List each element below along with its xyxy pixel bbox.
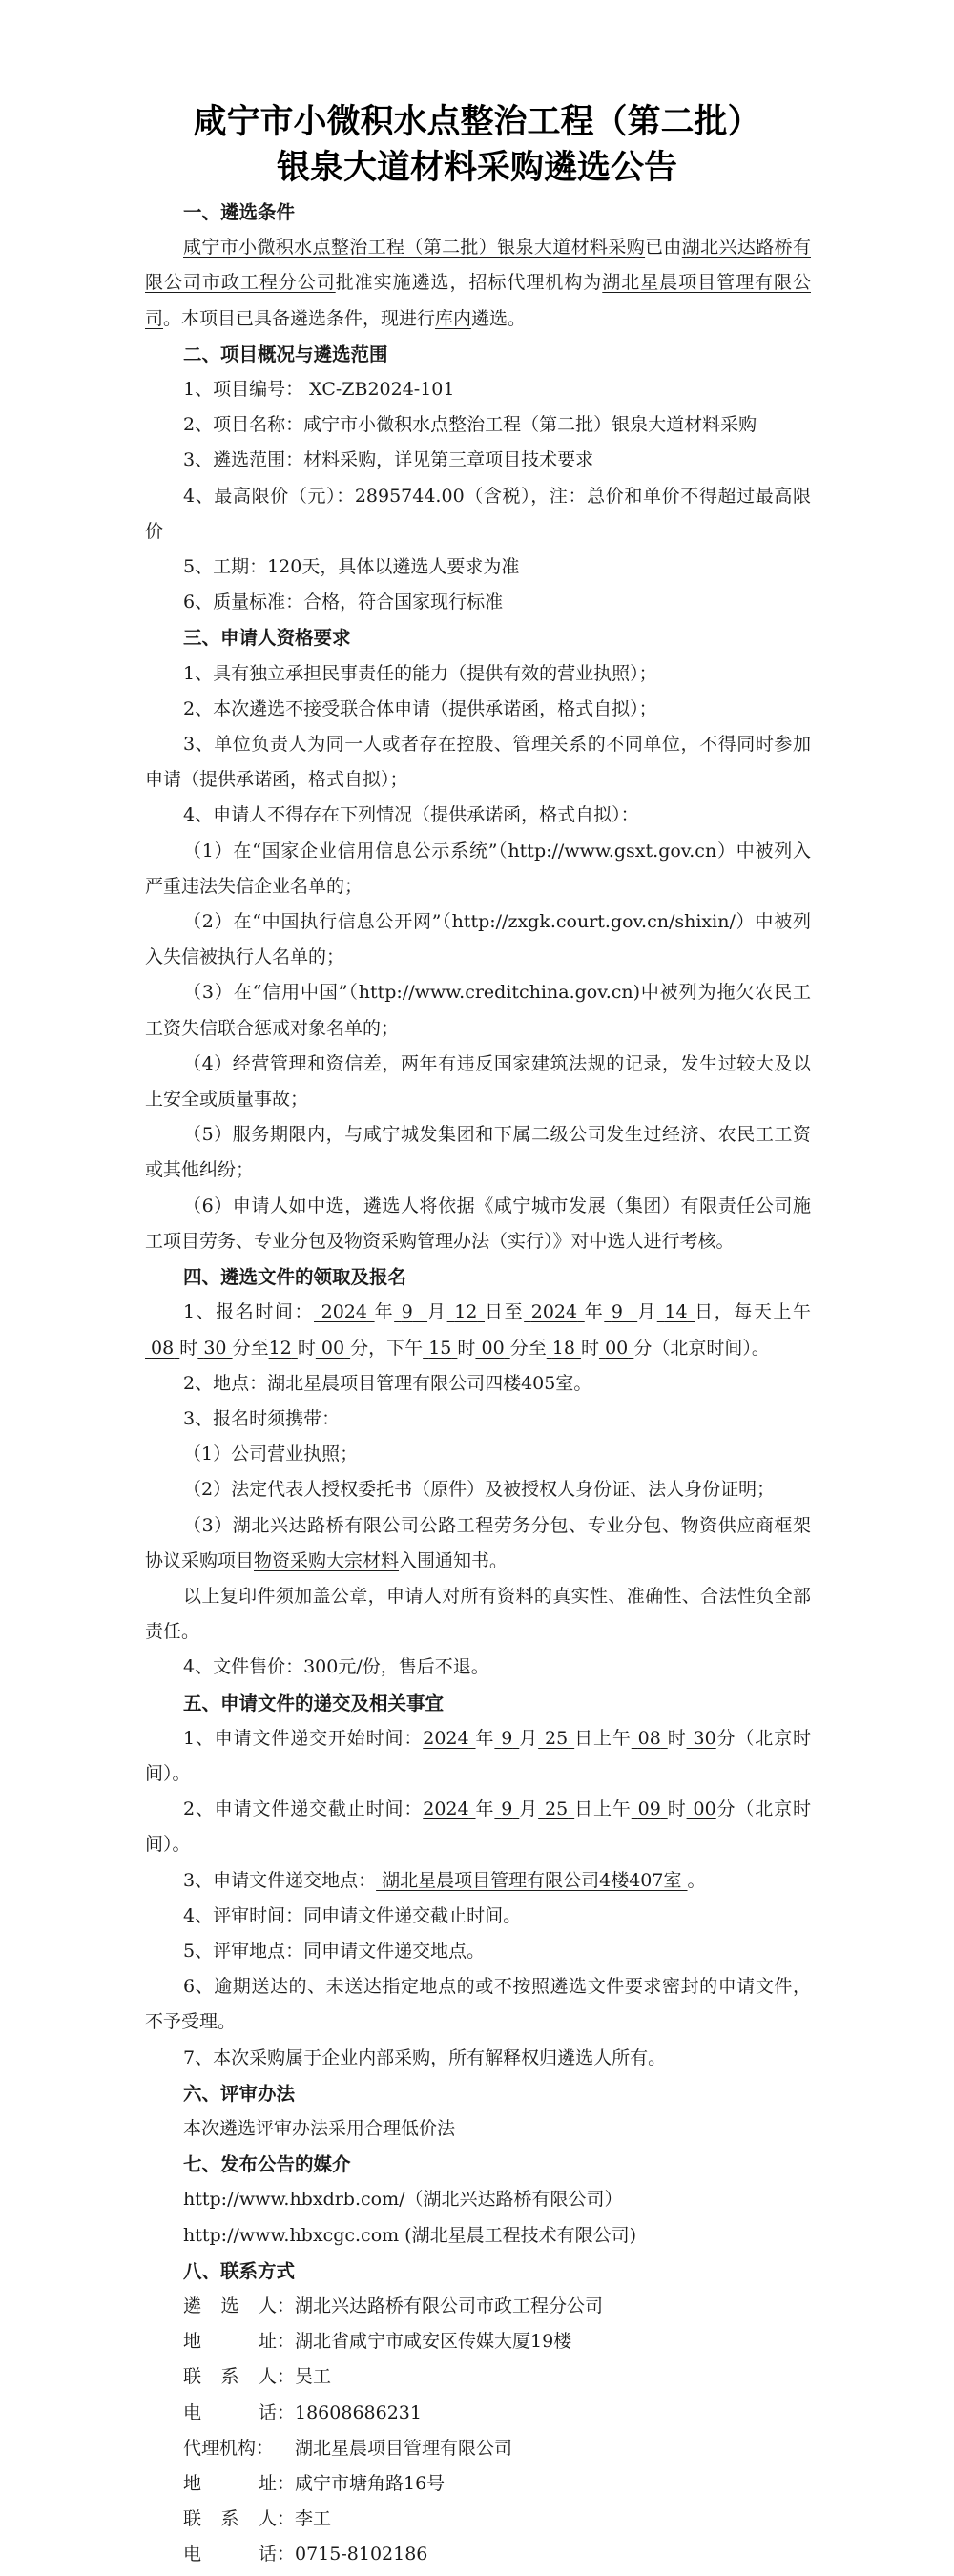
section-heading-8: 八、联系方式 bbox=[145, 2254, 811, 2289]
blank-value: 25 bbox=[538, 1798, 574, 1819]
qualification-item: 1、具有独立承担民事责任的能力（提供有效的营业执照）； bbox=[145, 656, 811, 692]
project-item: 6、质量标准：合格，符合国家现行标准 bbox=[145, 585, 811, 620]
value: 25 bbox=[545, 1798, 568, 1819]
text-fragment: 时 bbox=[668, 1798, 687, 1819]
text-fragment: 分至 bbox=[233, 1338, 269, 1359]
text-fragment: 月 bbox=[637, 1301, 657, 1322]
text-fragment: 分至 bbox=[510, 1338, 547, 1359]
blank-value: 18 bbox=[547, 1338, 581, 1359]
qualification-item: 4、申请人不得存在下列情况（提供承诺函，格式自拟）： bbox=[145, 798, 811, 833]
section-heading-7: 七、发布公告的媒介 bbox=[145, 2147, 811, 2182]
contact-label-part: 人： bbox=[259, 2289, 295, 2324]
value: 12 bbox=[269, 1338, 292, 1359]
contact-label: 地址： bbox=[183, 2324, 295, 2359]
text-fragment: 已由 bbox=[645, 237, 682, 258]
blank-value: 2024 bbox=[423, 1798, 475, 1819]
text-fragment: 日至 bbox=[485, 1301, 524, 1322]
contact-label: 电话： bbox=[183, 2537, 295, 2572]
contact-label-part: 联 bbox=[183, 2359, 201, 2395]
label: 1、报名时间： bbox=[183, 1301, 314, 1322]
section-heading-4: 四、遴选文件的领取及报名 bbox=[145, 1259, 811, 1295]
contact-row: 电话：18608686231 bbox=[145, 2396, 811, 2431]
contact-label-part: 电 bbox=[183, 2537, 201, 2572]
value: 15 bbox=[428, 1338, 451, 1359]
qualification-item: （2）在“中国执行信息公开网”（http://zxgk.court.gov.cn… bbox=[145, 904, 811, 975]
media-link[interactable]: http://www.hbxcgc.com (湖北星晨工程技术有限公司) bbox=[145, 2218, 811, 2254]
blank-value: 15 bbox=[423, 1338, 457, 1359]
media-link[interactable]: http://www.hbxdrb.com/（湖北兴达路桥有限公司） bbox=[145, 2182, 811, 2217]
text-fragment: 日上午 bbox=[574, 1728, 632, 1749]
contact-label-part: 人： bbox=[259, 2359, 295, 2395]
blank-value: 08 bbox=[632, 1728, 668, 1749]
evaluation-method: 本次遴选评审办法采用合理低价法 bbox=[145, 2111, 811, 2147]
text-fragment: 年 bbox=[375, 1301, 395, 1322]
qualification-item: 3、单位负责人为同一人或者存在控股、管理关系的不同单位，不得同时参加申请（提供承… bbox=[145, 727, 811, 798]
text-fragment: 。 bbox=[688, 1870, 706, 1891]
label: 3、申请文件递交地点： bbox=[183, 1870, 376, 1891]
value: 2024 bbox=[423, 1728, 468, 1749]
blank-value: 2024 bbox=[423, 1728, 475, 1749]
contact-row: 联系人：吴工 bbox=[145, 2359, 811, 2395]
contact-label-part: 联 bbox=[183, 2502, 201, 2537]
text-fragment: （北京时间）。 bbox=[652, 1338, 770, 1359]
qualification-item: （5）服务期限内，与咸宁城发集团和下属二级公司发生过经济、农民工工资或其他纠纷； bbox=[145, 1117, 811, 1188]
project-item: 1、项目编号： XC-ZB2024-101 bbox=[145, 372, 811, 407]
section-heading-1: 一、遴选条件 bbox=[145, 195, 811, 230]
value: 00 bbox=[693, 1798, 715, 1819]
bring-label: 3、报名时须携带： bbox=[145, 1402, 811, 1437]
blank-value: 2024 bbox=[314, 1301, 375, 1322]
contact-label-part: 遴 bbox=[183, 2289, 201, 2324]
contact-row: 代理机构：湖北星晨项目管理有限公司 bbox=[145, 2431, 811, 2466]
bring-item: （1）公司营业执照； bbox=[145, 1437, 811, 1472]
contact-value: 湖北星晨项目管理有限公司 bbox=[295, 2431, 512, 2466]
text-fragment: 年 bbox=[476, 1728, 495, 1749]
qualification-item: （4）经营管理和资信差，两年有违反国家建筑法规的记录，发生过较大及以上安全或质量… bbox=[145, 1047, 811, 1117]
blank-value: 9 bbox=[604, 1301, 637, 1322]
label: 2、申请文件递交截止时间： bbox=[183, 1798, 423, 1819]
contact-label-part: 电 bbox=[183, 2396, 201, 2431]
value: 9 bbox=[612, 1301, 623, 1322]
blank-value: 00 bbox=[475, 1338, 509, 1359]
text-fragment: 月 bbox=[519, 1728, 538, 1749]
text-fragment: 批准实施遴选，招标代理机构为 bbox=[336, 272, 603, 293]
contact-value: 18608686231 bbox=[295, 2396, 422, 2431]
contact-row: 地址：咸宁市塘角路16号 bbox=[145, 2466, 811, 2502]
contact-label: 代理机构： bbox=[183, 2431, 295, 2466]
value: 14 bbox=[664, 1301, 687, 1322]
contact-row: 遴选人：湖北兴达路桥有限公司市政工程分公司 bbox=[145, 2289, 811, 2324]
blank-value: 12 bbox=[269, 1338, 298, 1359]
blank-value: 9 bbox=[394, 1301, 427, 1322]
scope-underlined: 库内 bbox=[435, 308, 471, 329]
qualification-item: （1）在“国家企业信用信息公示系统”（http://www.gsxt.gov.c… bbox=[145, 834, 811, 904]
section-heading-6: 六、评审办法 bbox=[145, 2076, 811, 2111]
value: 25 bbox=[545, 1728, 568, 1749]
bring-item: （3）湖北兴达路桥有限公司公路工程劳务分包、专业分包、物资供应商框架协议采购项目… bbox=[145, 1508, 811, 1579]
text-fragment: 入围通知书。 bbox=[399, 1550, 508, 1571]
contact-row: 电话：0715-8102186 bbox=[145, 2537, 811, 2572]
contact-label-part: 址： bbox=[259, 2466, 295, 2502]
contact-value: 湖北兴达路桥有限公司市政工程分公司 bbox=[295, 2289, 603, 2324]
submission-item: 7、本次采购属于企业内部采购，所有解释权归遴选人所有。 bbox=[145, 2041, 811, 2076]
value: 00 bbox=[321, 1338, 344, 1359]
blank-value: 14 bbox=[657, 1301, 695, 1322]
document-price: 4、文件售价：300元/份，售后不退。 bbox=[145, 1650, 811, 1685]
project-item: 5、工期：120天，具体以遴选人要求为准 bbox=[145, 550, 811, 585]
label: 1、申请文件递交开始时间： bbox=[183, 1728, 423, 1749]
text-fragment: 月 bbox=[427, 1301, 447, 1322]
contact-label-part: 地 bbox=[183, 2466, 201, 2502]
submission-place-underlined: 湖北星晨项目管理有限公司4楼407室 bbox=[376, 1870, 687, 1891]
submission-item: 6、逾期送达的、未送达指定地点的或不按照遴选文件要求密封的申请文件，不予受理。 bbox=[145, 1969, 811, 2040]
text-fragment: 分，下午 bbox=[350, 1338, 423, 1359]
value: 00 bbox=[605, 1338, 628, 1359]
contact-label: 联系人： bbox=[183, 2359, 295, 2395]
contact-value: 湖北省咸宁市咸安区传媒大厦19楼 bbox=[295, 2324, 571, 2359]
blank-value: 08 bbox=[145, 1338, 179, 1359]
text-fragment: 分 bbox=[633, 1338, 652, 1359]
value: 9 bbox=[402, 1301, 413, 1322]
document-title-line-1: 咸宁市小微积水点整治工程（第二批） bbox=[0, 95, 954, 143]
contact-label-part: 代理机构： bbox=[183, 2431, 274, 2466]
submission-item: 5、评审地点：同申请文件递交地点。 bbox=[145, 1934, 811, 1969]
material-category-underlined: 物资采购大宗材料 bbox=[254, 1550, 399, 1571]
blank-value: 00 bbox=[316, 1338, 350, 1359]
text-fragment: 时 bbox=[179, 1338, 197, 1359]
copy-note: 以上复印件须加盖公章，申请人对所有资料的真实性、准确性、合法性负全部责任。 bbox=[145, 1579, 811, 1650]
text-fragment: 日，每天上午 bbox=[695, 1301, 811, 1322]
blank-value: 00 bbox=[599, 1338, 633, 1359]
document-body: 一、遴选条件 咸宁市小微积水点整治工程（第二批）银泉大道材料采购已由湖北兴达路桥… bbox=[145, 195, 811, 2573]
text-fragment: 时 bbox=[457, 1338, 475, 1359]
contact-value: 咸宁市塘角路16号 bbox=[295, 2466, 445, 2502]
project-item: 4、最高限价（元）：2895744.00（含税），注：总价和单价不得超过最高限价 bbox=[145, 479, 811, 550]
section-1-text: 咸宁市小微积水点整治工程（第二批）银泉大道材料采购已由湖北兴达路桥有限公司市政工… bbox=[145, 230, 811, 337]
contact-value: 李工 bbox=[295, 2502, 331, 2537]
blank-value: 9 bbox=[494, 1798, 519, 1819]
value: 08 bbox=[151, 1338, 174, 1359]
contact-list: 遴选人：湖北兴达路桥有限公司市政工程分公司地址：湖北省咸宁市咸安区传媒大厦19楼… bbox=[145, 2289, 811, 2573]
contact-label-part: 选 bbox=[220, 2289, 238, 2324]
bring-item: （2）法定代表人授权委托书（原件）及被授权人身份证、法人身份证明； bbox=[145, 1472, 811, 1507]
text-fragment: 时 bbox=[298, 1338, 316, 1359]
qualification-item: （6）申请人如中选，遴选人将依据《咸宁城市发展（集团）有限责任公司施工项目劳务、… bbox=[145, 1189, 811, 1259]
value: 2024 bbox=[423, 1798, 468, 1819]
contact-value: 吴工 bbox=[295, 2359, 331, 2395]
blank-value: 25 bbox=[538, 1728, 574, 1749]
blank-value: 00 bbox=[687, 1798, 716, 1819]
contact-label-part: 址： bbox=[259, 2324, 295, 2359]
registration-time: 1、报名时间： 2024 年 9 月 12 日至 2024 年 9 月 14 日… bbox=[145, 1295, 811, 1365]
value: 30 bbox=[693, 1728, 715, 1749]
contact-label: 地址： bbox=[183, 2466, 295, 2502]
contact-label-part: 系 bbox=[220, 2502, 238, 2537]
value: 2024 bbox=[531, 1301, 577, 1322]
document-title-line-2: 银泉大道材料采购遴选公告 bbox=[0, 141, 954, 189]
contact-row: 地址：湖北省咸宁市咸安区传媒大厦19楼 bbox=[145, 2324, 811, 2359]
qualification-item: 2、本次遴选不接受联合体申请（提供承诺函，格式自拟）； bbox=[145, 692, 811, 727]
contact-label: 遴选人： bbox=[183, 2289, 295, 2324]
project-item: 2、项目名称：咸宁市小微积水点整治工程（第二批）银泉大道材料采购 bbox=[145, 407, 811, 443]
blank-value: 2024 bbox=[524, 1301, 585, 1322]
blank-value: 9 bbox=[494, 1728, 519, 1749]
text-fragment: 时 bbox=[668, 1728, 687, 1749]
project-item: 3、遴选范围：材料采购，详见第三章项目技术要求 bbox=[145, 443, 811, 478]
contact-label-part: 人： bbox=[259, 2502, 295, 2537]
contact-label-part: 地 bbox=[183, 2324, 201, 2359]
contact-label: 联系人： bbox=[183, 2502, 295, 2537]
value: 9 bbox=[501, 1798, 512, 1819]
value: 00 bbox=[481, 1338, 504, 1359]
value: 30 bbox=[203, 1338, 226, 1359]
contact-label-part: 话： bbox=[259, 2396, 295, 2431]
value: 12 bbox=[454, 1301, 477, 1322]
contact-row: 联系人：李工 bbox=[145, 2502, 811, 2537]
qualification-item: （3）在“信用中国”（http://www.creditchina.gov.cn… bbox=[145, 975, 811, 1046]
submission-close-time: 2、申请文件递交截止时间：2024 年 9 月 25 日上午 09 时 00分（… bbox=[145, 1792, 811, 1862]
contact-label-part: 话： bbox=[259, 2537, 295, 2572]
contact-label: 电话： bbox=[183, 2396, 295, 2431]
contact-label-part: 系 bbox=[220, 2359, 238, 2395]
blank-value: 30 bbox=[197, 1338, 232, 1359]
text-fragment: 时 bbox=[581, 1338, 599, 1359]
text-fragment: 月 bbox=[519, 1798, 538, 1819]
value: 09 bbox=[638, 1798, 661, 1819]
value: 9 bbox=[501, 1728, 512, 1749]
project-name-underlined: 咸宁市小微积水点整治工程（第二批）银泉大道材料采购 bbox=[183, 237, 645, 258]
contact-value: 0715-8102186 bbox=[295, 2537, 427, 2572]
section-heading-5: 五、申请文件的递交及相关事宜 bbox=[145, 1686, 811, 1721]
text-fragment: 遴选。 bbox=[471, 308, 526, 329]
blank-value: 12 bbox=[447, 1301, 485, 1322]
blank-value: 09 bbox=[632, 1798, 668, 1819]
section-heading-3: 三、申请人资格要求 bbox=[145, 620, 811, 655]
value: 08 bbox=[638, 1728, 661, 1749]
submission-place: 3、申请文件递交地点： 湖北星晨项目管理有限公司4楼407室 。 bbox=[145, 1863, 811, 1899]
section-heading-2: 二、项目概况与遴选范围 bbox=[145, 337, 811, 372]
text-fragment: 年 bbox=[476, 1798, 495, 1819]
submission-open-time: 1、申请文件递交开始时间：2024 年 9 月 25 日上午 08 时 30分（… bbox=[145, 1721, 811, 1792]
value: 18 bbox=[552, 1338, 575, 1359]
registration-location: 2、地点：湖北星晨项目管理有限公司四楼405室。 bbox=[145, 1366, 811, 1402]
submission-item: 4、评审时间：同申请文件递交截止时间。 bbox=[145, 1899, 811, 1934]
text-fragment: 年 bbox=[585, 1301, 605, 1322]
blank-value: 30 bbox=[687, 1728, 716, 1749]
value: 2024 bbox=[321, 1301, 367, 1322]
text-fragment: 日上午 bbox=[574, 1798, 632, 1819]
text-fragment: 。本项目已具备遴选条件，现进行 bbox=[163, 308, 435, 329]
